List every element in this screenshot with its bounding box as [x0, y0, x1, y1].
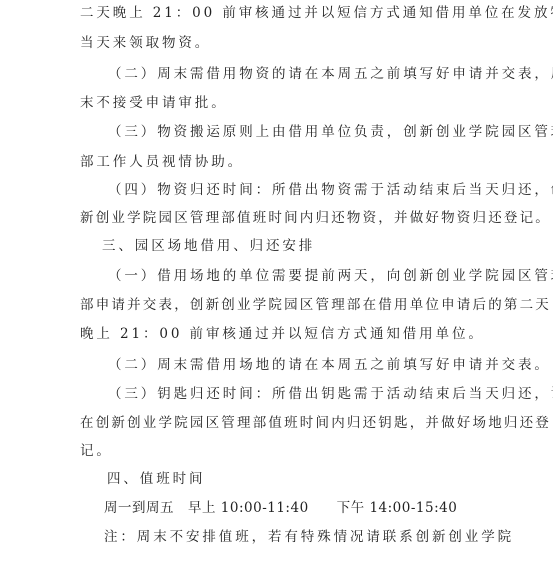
paragraph-line: 部申请并交表，创新创业学院园区管理部在借用单位申请后的第二天: [80, 295, 551, 315]
section-heading: 四、值班时间: [107, 469, 205, 489]
paragraph-line: （三）物资搬运原则上由借用单位负责，创新创业学院园区管理: [108, 122, 553, 142]
paragraph-line: （三）钥匙归还时间：所借出钥匙需于活动结束后当天归还，请: [108, 384, 553, 404]
section-heading: 三、园区场地借用、归还安排: [102, 236, 315, 256]
paragraph-line: （二）周末需借用场地的请在本周五之前填写好申请并交表。: [108, 355, 551, 375]
paragraph-line: 二天晚上 21：00 前审核通过并以短信方式通知借用单位在发放物资: [80, 3, 553, 23]
paragraph-line: 记。: [80, 441, 113, 461]
note-line: 注：周末不安排值班，若有特殊情况请联系创新创业学院: [104, 527, 514, 547]
paragraph-line: 末不接受申请审批。: [80, 93, 228, 113]
paragraph-line: 部工作人员视情协助。: [80, 152, 244, 172]
duty-hours-line: 周一到周五 早上 10:00-11:40 下午 14:00-15:40: [104, 498, 457, 518]
paragraph-line: 在创新创业学院园区管理部值班时间内归还钥匙，并做好场地归还登: [80, 413, 551, 433]
paragraph-line: 晚上 21：00 前审核通过并以短信方式通知借用单位。: [80, 324, 485, 344]
paragraph-line: （一）借用场地的单位需要提前两天，向创新创业学院园区管理: [108, 266, 553, 286]
paragraph-line: 新创业学院园区管理部值班时间内归还物资，并做好物资归还登记。: [80, 208, 551, 228]
paragraph-line: （四）物资归还时间：所借出物资需于活动结束后当天归还，创: [108, 180, 553, 200]
paragraph-line: 当天来领取物资。: [80, 33, 211, 53]
paragraph-line: （二）周末需借用物资的请在本周五之前填写好申请并交表，周: [108, 64, 553, 84]
